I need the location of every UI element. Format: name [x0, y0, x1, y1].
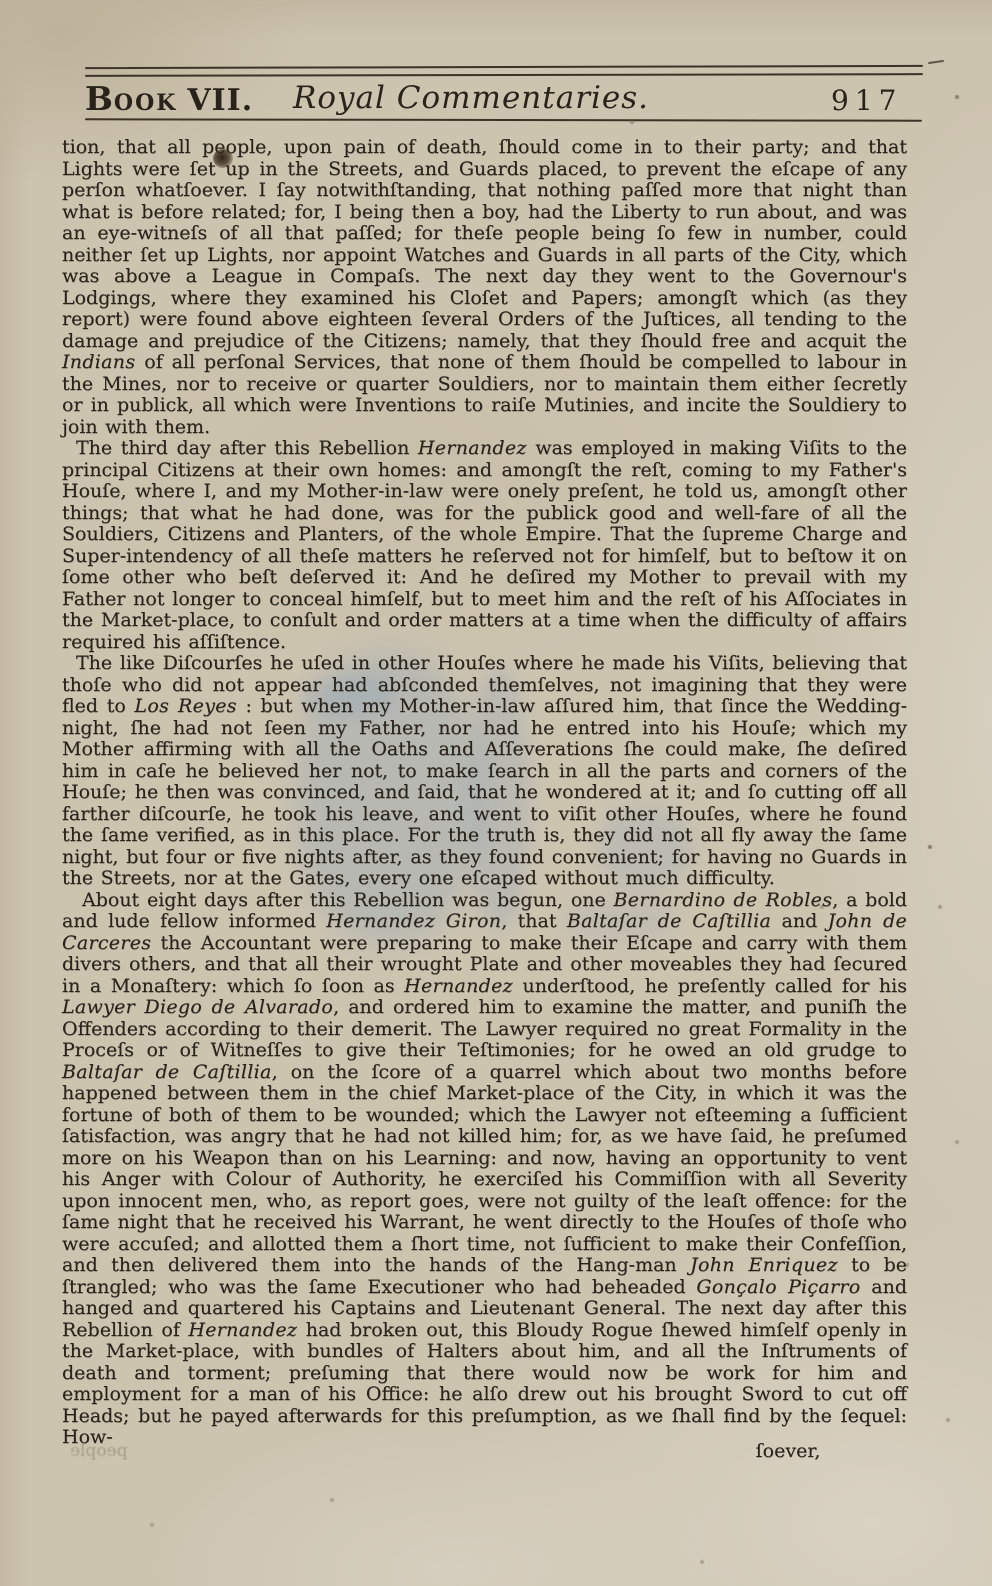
show-through-text: people [70, 1441, 128, 1461]
catchword: ſoever, [748, 1440, 828, 1462]
running-title: Royal Commentaries. [293, 80, 649, 116]
book-page-scan: BookVII. Royal Commentaries. 917 tion, t… [0, 0, 992, 1586]
body-paragraph: About eight days after this Rebellion wa… [62, 890, 907, 1449]
body-paragraph: The third day after this Rebellion Herna… [62, 438, 907, 653]
book-number: VII. [187, 83, 253, 118]
top-rule-lower [85, 73, 923, 77]
ink-blot [213, 149, 233, 168]
body-paragraph: tion, that all people, upon pain of deat… [62, 137, 907, 438]
top-rule-upper [85, 65, 923, 70]
paper-specks [0, 0, 4, 4]
book-label-initial: B [85, 79, 114, 118]
margin-pen-mark [928, 60, 944, 64]
body-paragraph: The like Diſcourſes he uſed in other Hou… [62, 653, 907, 890]
book-label: BookVII. [85, 82, 253, 118]
page-number: 917 [831, 84, 902, 117]
running-header: BookVII. Royal Commentaries. 917 [0, 78, 992, 120]
book-label-rest: ook [114, 90, 177, 116]
body-text-block: tion, that all people, upon pain of deat… [62, 137, 907, 1449]
